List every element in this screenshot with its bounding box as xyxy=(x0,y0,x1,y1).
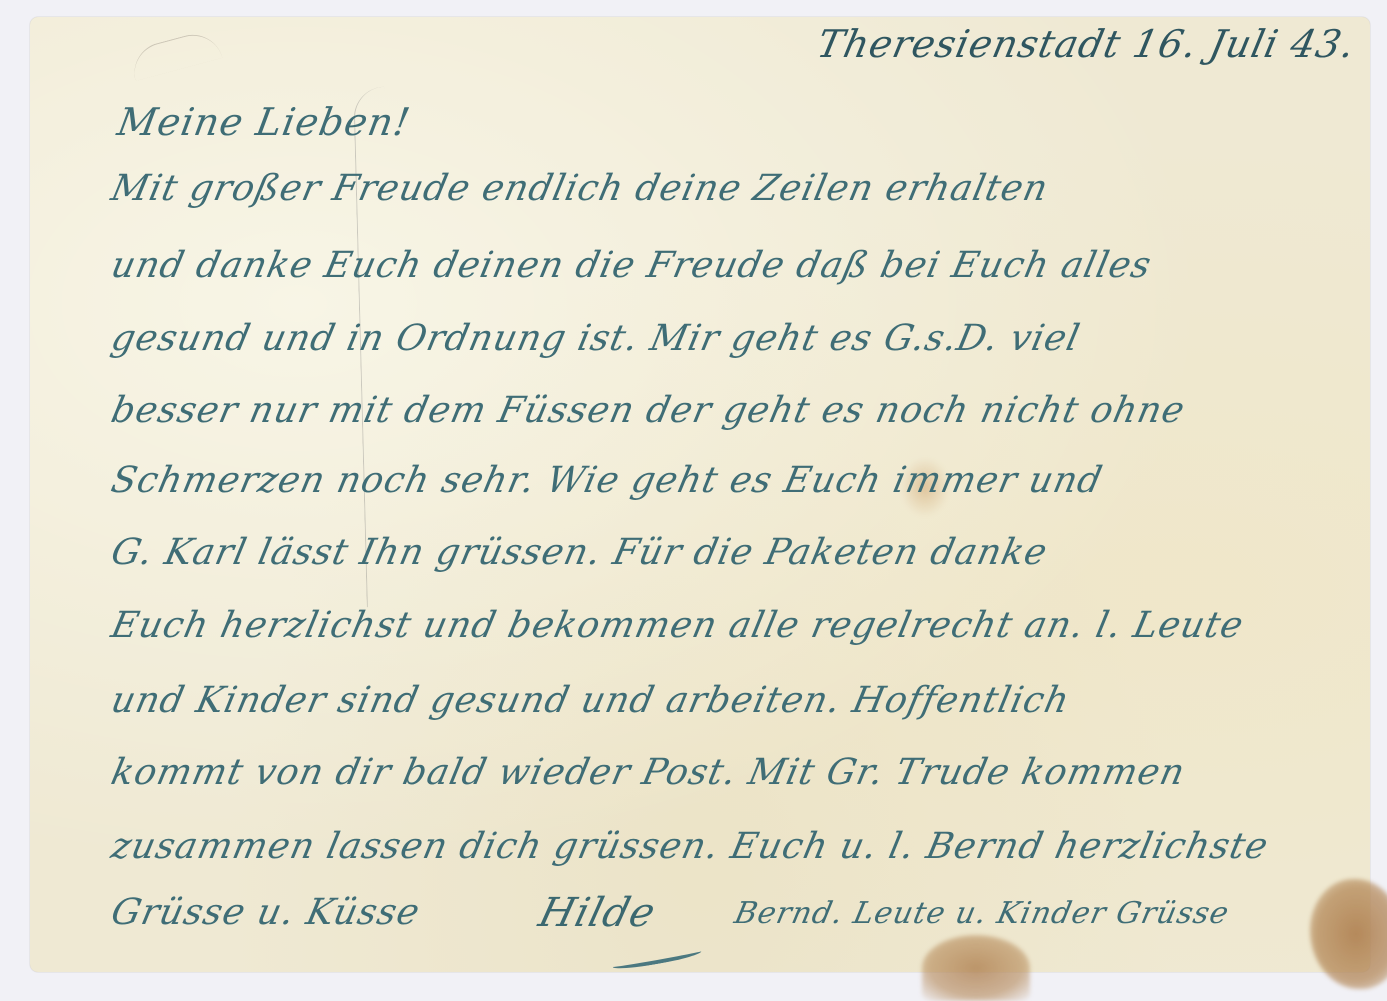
signature: Hilde xyxy=(534,890,660,936)
body-line-11: Grüsse u. Küsse xyxy=(108,892,424,933)
body-line-5: Schmerzen noch sehr. Wie geht es Euch im… xyxy=(108,460,1107,501)
paper-crease xyxy=(128,28,223,81)
body-line-4: besser nur mit dem Füssen der geht es no… xyxy=(108,390,1189,431)
body-line-2: und danke Euch deinen die Freude daß bei… xyxy=(108,245,1156,286)
place-date-header: Theresienstadt 16. Juli 43. xyxy=(813,22,1359,66)
postscript: Bernd. Leute u. Kinder Grüsse xyxy=(731,896,1232,931)
body-line-1: Mit großer Freude endlich deine Zeilen e… xyxy=(108,168,1052,209)
body-line-7: Euch herzlichst und bekommen alle regelr… xyxy=(108,605,1248,646)
body-line-10: zusammen lassen dich grüssen. Euch u. l.… xyxy=(108,826,1273,867)
body-line-6: G. Karl lässt Ihn grüssen. Für die Paket… xyxy=(108,532,1052,573)
body-line-8: und Kinder sind gesund und arbeiten. Hof… xyxy=(108,680,1074,721)
body-line-9: kommt von dir bald wieder Post. Mit Gr. … xyxy=(108,752,1189,793)
body-line-3: gesund und in Ordnung ist. Mir geht es G… xyxy=(108,318,1084,359)
salutation: Meine Lieben! xyxy=(114,100,414,144)
stain-bottom-center xyxy=(922,935,1030,984)
stain-bottom-right xyxy=(1310,879,1387,984)
